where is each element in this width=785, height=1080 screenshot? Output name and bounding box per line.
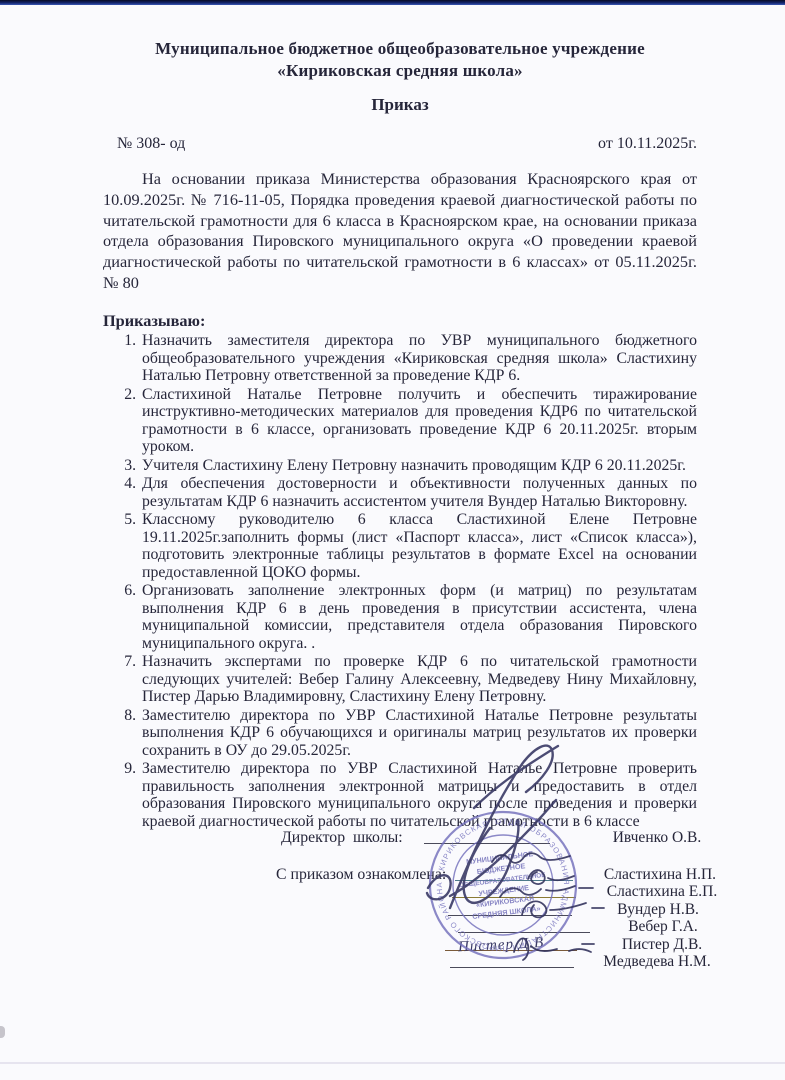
signature-line-4 — [458, 918, 590, 933]
director-name: Ивченко О.В. — [572, 829, 742, 847]
signature-line-1 — [455, 866, 573, 881]
order-item-5: Классному руководителю 6 класса Сластихи… — [140, 511, 697, 581]
acknowledged-label: С приказом ознакомлена: — [276, 866, 446, 884]
acknowledged-name-4: Вебер Г.А. — [578, 918, 748, 936]
scan-smudge — [0, 1026, 5, 1038]
doc-type-title: Приказ — [103, 94, 697, 116]
acknowledged-name-3: Вундер Н.В. — [573, 901, 743, 919]
acknowledged-name-2: Сластихина Е.П. — [577, 883, 747, 901]
order-item-7: Назначить экспертами по проверке КДР 6 п… — [140, 653, 697, 706]
order-item-8: Заместителю директора по УВР Сластихиной… — [140, 707, 697, 760]
org-name-line1: Муниципальное бюджетное общеобразователь… — [103, 38, 697, 60]
order-date: от 10.11.2025г. — [598, 133, 697, 154]
org-name-line2: «Кириковская средняя школа» — [103, 60, 697, 82]
document-content: Муниципальное бюджетное общеобразователь… — [0, 0, 785, 830]
order-item-2: Сластихиной Наталье Петровне получить и … — [140, 386, 697, 456]
order-number: № 308- од — [117, 133, 185, 154]
signature-scribble-1 — [492, 853, 570, 863]
order-item-9: Заместителю директора по УВР Сластихиной… — [140, 760, 697, 830]
director-label: Директор школы: — [281, 829, 403, 847]
order-item-1: Назначить заместителя директора по УВР м… — [140, 332, 697, 385]
order-item-6: Организовать заполнение электронных форм… — [140, 582, 697, 652]
signature-line-2 — [452, 883, 576, 898]
order-items-list: Назначить заместителя директора по УВР м… — [103, 332, 697, 830]
acknowledged-name-5: Пистер Д.В. — [577, 936, 747, 954]
preamble-paragraph: На основании приказа Министерства образо… — [103, 169, 697, 294]
seal-center-line-1: МУНИЦИПАЛЬНОЕ — [466, 849, 534, 866]
resolution-heading: Приказываю: — [103, 310, 697, 331]
signature-line-3 — [448, 901, 572, 916]
order-item-4: Для обеспечения достоверности и объектив… — [140, 475, 697, 510]
order-item-3: Учителя Сластихину Елену Петровну назнач… — [140, 457, 697, 475]
scanned-order-page: Муниципальное бюджетное общеобразователь… — [0, 0, 785, 1080]
director-signature-line — [424, 829, 550, 844]
acknowledged-name-1: Сластихина Н.П. — [575, 866, 745, 884]
scan-bottom-edge-artifact — [0, 1062, 785, 1064]
number-date-row: № 308- од от 10.11.2025г. — [103, 133, 697, 154]
acknowledged-name-6: Медведева Н.М. — [572, 953, 742, 971]
